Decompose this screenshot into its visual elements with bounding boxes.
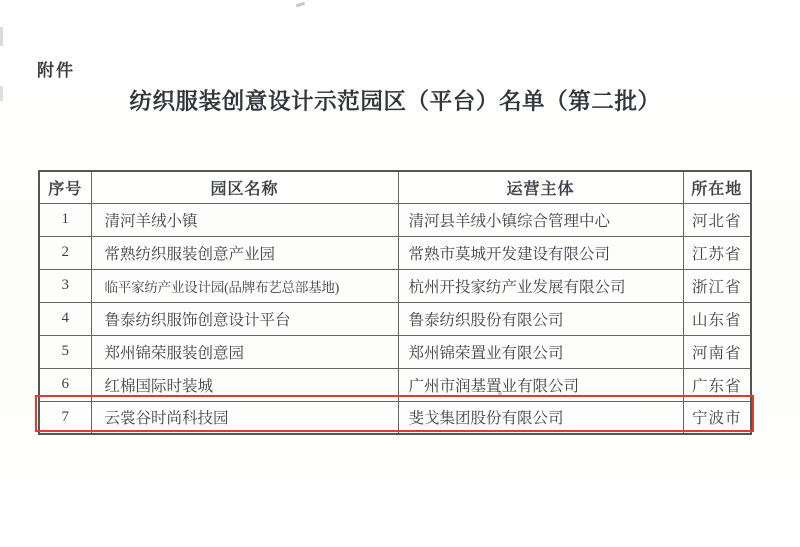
table-row: 3 临平家纺产业设计园(品牌布艺总部基地) 杭州开投家纺产业发展有限公司 浙江省 (39, 269, 751, 302)
cell-no: 6 (39, 368, 91, 401)
parks-table: 序号 园区名称 运营主体 所在地 1 清河羊绒小镇 清河县羊绒小镇综合管理中心 … (38, 170, 752, 435)
cell-no: 3 (39, 269, 91, 302)
document-page: 附件 纺织服装创意设计示范园区（平台）名单（第二批） 序号 园区名称 运营主体 … (0, 0, 800, 547)
cell-park: 常熟纺织服装创意产业园 (91, 236, 398, 269)
table-row: 5 郑州锦荣服装创意园 郑州锦荣置业有限公司 河南省 (39, 335, 751, 368)
cell-park: 清河羊绒小镇 (91, 203, 398, 236)
cell-location: 河南省 (683, 335, 751, 368)
cell-operator: 清河县羊绒小镇综合管理中心 (398, 203, 683, 236)
scan-speck (0, 27, 3, 46)
cell-location: 山东省 (683, 302, 751, 335)
scan-speck (296, 2, 305, 8)
table-row-highlighted: 7 云裳谷时尚科技园 斐戈集团股份有限公司 宁波市 (39, 401, 751, 434)
cell-operator: 常熟市莫城开发建设有限公司 (398, 236, 683, 269)
col-header-no: 序号 (39, 171, 91, 203)
cell-location: 江苏省 (683, 236, 751, 269)
scan-speck (498, 392, 502, 395)
cell-no: 2 (39, 236, 91, 269)
cell-operator: 郑州锦荣置业有限公司 (398, 335, 683, 368)
cell-no: 1 (39, 203, 91, 236)
scan-speck (0, 86, 3, 101)
cell-park: 红棉国际时装城 (91, 368, 398, 401)
cell-park: 临平家纺产业设计园(品牌布艺总部基地) (91, 269, 398, 302)
cell-operator: 广州市润基置业有限公司 (398, 368, 683, 401)
table-header-row: 序号 园区名称 运营主体 所在地 (39, 171, 751, 203)
cell-no: 5 (39, 335, 91, 368)
cell-no: 7 (39, 401, 91, 434)
cell-park: 云裳谷时尚科技园 (91, 401, 398, 434)
cell-operator: 杭州开投家纺产业发展有限公司 (398, 269, 683, 302)
col-header-location: 所在地 (683, 171, 751, 203)
cell-location: 宁波市 (683, 401, 751, 434)
col-header-operator: 运营主体 (398, 171, 683, 203)
col-header-park: 园区名称 (91, 171, 398, 203)
cell-location: 河北省 (683, 203, 751, 236)
cell-no: 4 (39, 302, 91, 335)
table-row: 1 清河羊绒小镇 清河县羊绒小镇综合管理中心 河北省 (39, 203, 751, 236)
cell-operator: 鲁泰纺织股份有限公司 (398, 302, 683, 335)
cell-operator: 斐戈集团股份有限公司 (398, 401, 683, 434)
table-row: 4 鲁泰纺织服饰创意设计平台 鲁泰纺织股份有限公司 山东省 (39, 302, 751, 335)
cell-park: 鲁泰纺织服饰创意设计平台 (91, 302, 398, 335)
table-row: 2 常熟纺织服装创意产业园 常熟市莫城开发建设有限公司 江苏省 (39, 236, 751, 269)
page-title: 纺织服装创意设计示范园区（平台）名单（第二批） (0, 84, 790, 116)
cell-location: 浙江省 (683, 269, 751, 302)
attachment-label: 附件 (37, 56, 75, 81)
table-row: 6 红棉国际时装城 广州市润基置业有限公司 广东省 (39, 368, 751, 401)
cell-location: 广东省 (683, 368, 751, 401)
cell-park: 郑州锦荣服装创意园 (91, 335, 398, 368)
